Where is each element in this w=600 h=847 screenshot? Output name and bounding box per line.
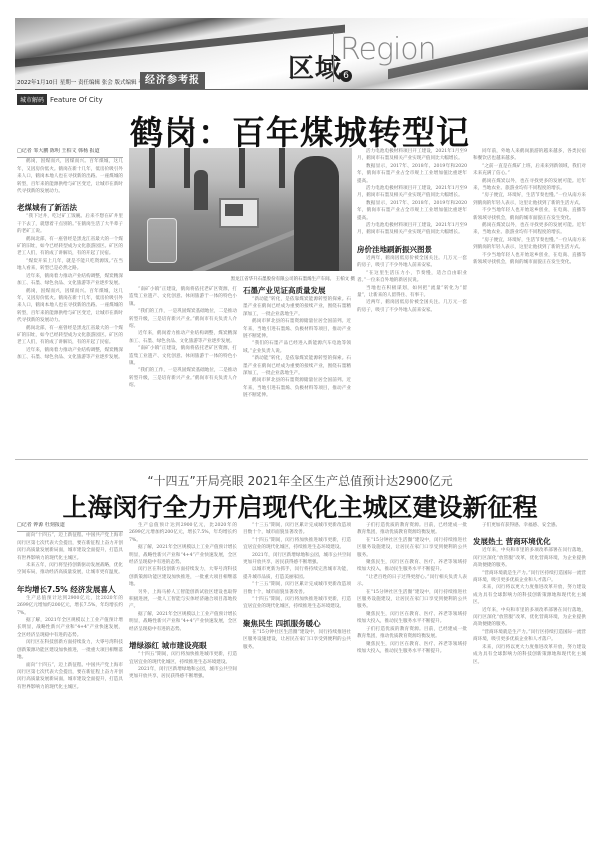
article-2-column-4: 子们打造优质的教育资源。目前，已经建成一批教育集团，推动优质教育资源均衡发展。 … bbox=[357, 522, 467, 847]
article-2-column-3: “十三五”期间，闵行区累计完成城市更新改造项目数十个，城市面貌显著改善。 “十四… bbox=[243, 522, 351, 847]
article-2-subhead-2: 增绿添红 城市建设亮眼 bbox=[129, 641, 237, 651]
paper-logo: 经济参考报 bbox=[140, 72, 205, 89]
dateline: 2022年1月10日 星期一 责任编辑 张会 版式编辑 李宏江 bbox=[17, 78, 155, 86]
paragraph: 生产总值预计达到2900亿元，比2020年的2699亿元增加约200亿元，增长7… bbox=[17, 595, 123, 617]
photo-caption: 黑龙江省华升石墨股份有限公司的石墨烯生产车间。 王柏文 摄 bbox=[150, 276, 355, 282]
paragraph: 近两年，鹤岗因低房价被全国关注。几万元一套的房子，吸引了不少外地人前来安家。 bbox=[357, 299, 467, 314]
paragraph: 近年来，鹤岗着力推动产业结构调整，煤炭精深加工、石墨、绿色食品、文化旅游等产业逐… bbox=[129, 330, 237, 345]
paragraph: 鹤岗市萝北县的石墨资源储量位居全国前列。近年来，当地引进石墨烯、负极材料等项目，… bbox=[243, 377, 351, 399]
article-1-column-3: 石墨产业见证高质量发展 “新动能”转化，是依靠煤炭能源转型的探索。石墨产业在鹤岗… bbox=[243, 286, 351, 448]
article-1-column-2: “南矿小镇”正建设，鹤岗将依托老矿区资源，打造集工业遗产、文化创意、休闲旅游于一… bbox=[129, 286, 237, 448]
article-1-byline: □记者 邹大鹏 陈明 王柏文 韩杨 报道 bbox=[17, 148, 123, 158]
paragraph: “之前一直是在煤矿上班，后来来到新领域，我们对未来充满了信心。” bbox=[473, 163, 586, 178]
paragraph: 在“15分钟社区生活圈”建设中，闵行持续推进社区服务设施建设，让居民在家门口享受… bbox=[357, 537, 467, 559]
column-tag: 城市解码 Feature Of City bbox=[17, 94, 103, 105]
paragraph: 未来，闵行将以更大力度推进改革开放，努力建设成为具有全球影响力的科技创新策源地和… bbox=[473, 644, 586, 666]
paragraph: 在“15分钟社区生活圈”建设中，闵行持续推进社区服务设施建设，让居民在家门口享受… bbox=[243, 629, 351, 651]
article-2-subhead-3: 聚焦民生 四抓服务暖心 bbox=[243, 619, 351, 629]
article-1-subhead-1: 老煤城有了新活法 bbox=[17, 203, 123, 213]
paragraph: “十四五”期间，闵行将加快推进城市更新，打造宜居宜业的现代化城区，持续推进生态环… bbox=[243, 537, 351, 552]
article-1-column-4: 活力电池电极材料项目开工建设，2021年1月至9月，鹤岗市石墨及相关产业实现产值… bbox=[357, 148, 467, 448]
article-1-subhead-2: 石墨产业见证高质量发展 bbox=[243, 286, 351, 296]
paragraph: “我们的石墨产品已经进入新能源汽车电池等领域。”企业负责人说。 bbox=[243, 340, 351, 355]
paragraph: “十三五”期间，闵行区累计完成城市更新改造项目数十个，城市面貌显著改善。 bbox=[243, 522, 351, 537]
paragraph: “十三五”期间，闵行区累计完成城市更新改造项目数十个，城市面貌显著改善。 bbox=[243, 581, 351, 596]
article-2-subhead-4: 发展热土 营商环境优化 bbox=[473, 537, 586, 547]
masthead-banner: 区域 Region 6 2022年1月10日 星期一 责任编辑 张会 版式编辑 … bbox=[15, 18, 588, 90]
paragraph: 面向“十四五”，迈上新征程。中国共产党上海市闵行区第七次代表大会提出，要在新征程… bbox=[17, 532, 123, 562]
paragraph: 活力电池电极材料项目开工建设，2021年1月至9月，鹤岗市石墨及相关产业实现产值… bbox=[357, 185, 467, 200]
paragraph: 闵行区在科技创新方面持续发力，大零号湾科技创新策源功能区建设加快推进，一批重大项… bbox=[17, 639, 123, 661]
paragraph: “营商环境就是生产力。”闵行区持续打造国际一流营商环境，吸引更多优质企业和人才落… bbox=[473, 629, 586, 644]
paragraph: 近年来，中央和市里的多项改革部署在闵行落地，闵行区深化“放管服”改革，优化营商环… bbox=[473, 607, 586, 629]
article-1-column-1: □记者 邹大鹏 陈明 王柏文 韩杨 报道 鹤岗，因煤而兴，因煤而兴。百年煤城，这… bbox=[17, 148, 123, 448]
paragraph: “房子便宜，环境好，生活节奏也慢。”一位从南方来到鹤岗的年轻人表示，这里让他找到… bbox=[473, 237, 586, 252]
paragraph: 鹤岗在煤炭以外，也在寻找更多的发展可能。近年来，当地农业、旅游业均有不同程度的增… bbox=[473, 178, 586, 193]
paragraph: 活力电池电极材料项目开工建设，2021年1月至9月，鹤岗市石墨及相关产业实现产值… bbox=[357, 222, 467, 237]
article-1-photo bbox=[129, 148, 352, 271]
paragraph: 近年来，鹤岗着力推动产业结构调整，煤炭精深加工、石墨、绿色食品、文化旅游等产业逐… bbox=[17, 273, 123, 288]
paragraph: 据了解，2021年全区规模以上工业产值预计增长明显，战略性新兴产业和“4+4”产… bbox=[17, 617, 123, 639]
article-1-column-5: 同年前，外地人来鹤岗旅游的越来越多，各类民宿和餐饮店也越来越多。 “之前一直是在… bbox=[473, 148, 586, 448]
photo-detail bbox=[149, 148, 155, 188]
paragraph: 据了解，2021年全区规模以上工业产值预计增长明显，战略性新兴产业和“4+4”产… bbox=[129, 544, 237, 566]
paragraph: “南矿小镇”正建设，鹤岗将依托老矿区资源，打造集工业遗产、文化创意、休闲旅游于一… bbox=[129, 345, 237, 367]
paragraph: 生产总值预计达到2900亿元，比2020年的2699亿元增加约200亿元，增长7… bbox=[129, 522, 237, 544]
paragraph: 以城市更新为抓手，闵行将持续完善城市功能，提升城市品质，打造美丽家园。 bbox=[243, 566, 351, 581]
photo-detail bbox=[184, 148, 190, 188]
paragraph: 2021年，闵行区新增绿地和公园，城市公共空间更加开放共享，居民获得感不断增强。 bbox=[243, 552, 351, 567]
photo-detail bbox=[294, 156, 339, 271]
paragraph: “新动能”转化，是依靠煤炭能源转型的探索。石墨产业在鹤岗已经成为重要的接续产业，… bbox=[243, 296, 351, 318]
paragraph: 不少当地年轻人也开始返乡创业，在电商、直播等新领域寻找机会，鹤岗的城市面貌正在发… bbox=[473, 207, 586, 222]
paragraph: “我们的工作，一是巩固煤炭基础地位，二是推动转型升级，三是培育新兴产业。”鹤岗市… bbox=[129, 367, 237, 389]
photo-detail bbox=[279, 148, 285, 188]
paragraph: 不少当地年轻人也开始返乡创业，在电商、直播等新领域寻找机会，鹤岗的城市面貌正在发… bbox=[473, 252, 586, 267]
paragraph: “房子便宜，环境好，生活节奏也慢。”一位从南方来到鹤岗的年轻人表示，这里让他找到… bbox=[473, 192, 586, 207]
paragraph: 子们打造优质的教育资源。目前，已经建成一批教育集团，推动优质教育资源均衡发展。 bbox=[357, 626, 467, 641]
article-1-subhead-3: 房价洼地刷新振兴图景 bbox=[357, 245, 467, 255]
paragraph: 数据显示，2017年、2018年、2019年和2020年，鹤岗市石墨产业占全市规… bbox=[357, 200, 467, 222]
column-tag-en: Feature Of City bbox=[50, 96, 103, 104]
paragraph: 未来，闵行将以更大力度推进改革开放，努力建设成为具有全球影响力的科技创新策源地和… bbox=[473, 584, 586, 606]
paragraph: 近年来，鹤岗着力推动产业结构调整，煤炭精深加工、石墨、绿色食品、文化旅游等产业逐… bbox=[17, 347, 123, 362]
masthead-divider bbox=[333, 32, 334, 82]
article-2-byline: □记者 钟源 杜刻报道 bbox=[17, 522, 123, 532]
paragraph: 同年前，外地人来鹤岗旅游的越来越多，各类民宿和餐饮店也越来越多。 bbox=[473, 148, 586, 163]
paragraph: “新动能”转化，是依靠煤炭能源转型的探索。石墨产业在鹤岗已经成为重要的接续产业，… bbox=[243, 355, 351, 377]
paragraph: 鹤岗，因煤而兴，因煤而兴。百年煤城，这几年，又因房价低火。鹤岗在新十几年，低房价… bbox=[17, 158, 123, 195]
paragraph: “十四五”期间，闵行将加快推进城市更新，打造宜居宜业的现代化城区，持续推进生态环… bbox=[243, 596, 351, 611]
article-2-column-2: 生产总值预计达到2900亿元，比2020年的2699亿元增加约200亿元，增长7… bbox=[129, 522, 237, 847]
paragraph: “我们的工作，一是巩固煤炭基础地位，二是推动转型升级，三是培育新兴产业。”鹤岗市… bbox=[129, 308, 237, 330]
paragraph: 聚焦民生，闵行区在教育、医疗、养老等领域持续加大投入，推动民生服务水平不断提升。 bbox=[357, 641, 467, 656]
paragraph: 鹤岗，因煤而兴，因煤而兴。百年煤城，这几年，又因房价低火。鹤岗在新十几年，低房价… bbox=[17, 288, 123, 325]
paragraph: 聚焦民生，闵行区在教育、医疗、养老等领域持续加大投入，推动民生服务水平不断提升。 bbox=[357, 559, 467, 574]
paragraph: 子们更加有获得感、幸福感、安全感。 bbox=[473, 522, 586, 529]
paragraph: 数据显示，2017年、2018年、2019年和2020年，鹤岗市石墨产业占全市规… bbox=[357, 163, 467, 185]
paragraph: 2021年，闵行区新增绿地和公园，城市公共空间更加开放共享，居民获得感不断增强。 bbox=[129, 666, 237, 681]
paragraph: 当地也在积极谋划，如何把“流量”转化为“留量”，让新来的人留得住、有事干。 bbox=[357, 285, 467, 300]
paragraph: 面向“十四五”，迈上新征程。中国共产党上海市闵行区第七次代表大会提出，要在新征程… bbox=[17, 662, 123, 692]
photo-detail bbox=[225, 204, 243, 216]
paragraph: 闵行区在科技创新方面持续发力，大零号湾科技创新策源功能区建设加快推进，一批重大项… bbox=[129, 566, 237, 588]
article-2-headline: 上海闵行全力开启现代化主城区建设新征程 bbox=[0, 488, 600, 524]
paragraph: 聚焦民生，闵行区在教育、医疗、养老等领域持续加大投入，推动民生服务水平不断提升。 bbox=[357, 611, 467, 626]
paragraph: 据了解，2021年全区规模以上工业产值预计增长明显，战略性新兴产业和“4+4”产… bbox=[129, 611, 237, 633]
photo-detail bbox=[194, 170, 208, 210]
article-2-subhead-1: 年均增长7.5% 经济发展喜人 bbox=[17, 585, 123, 595]
page-number: 6 bbox=[340, 70, 352, 82]
photo-detail bbox=[239, 148, 245, 188]
paragraph: 鹤岗北部，有一座曾经是黑龙江省最大的一个煤矿的旧址，如今已经转型成为文化旅游园区… bbox=[17, 325, 123, 347]
paragraph: “营商环境就是生产力。”闵行区持续打造国际一流营商环境，吸引更多优质企业和人才落… bbox=[473, 570, 586, 585]
article-2-kicker: “十四五”开局亮眼 2021年全区生产总值预计达2900亿元 bbox=[0, 472, 600, 489]
paragraph: 近年来，中央和市里的多项改革部署在闵行落地，闵行区深化“放管服”改革，优化营商环… bbox=[473, 547, 586, 569]
column-tag-cn: 城市解码 bbox=[17, 94, 47, 105]
article-divider bbox=[15, 459, 588, 460]
paragraph: “煤炭开采上几年，就是不能只吃资源饭。”在当地人看来，转型已是必然之路。 bbox=[17, 258, 123, 273]
paragraph: “十四五”期间，闵行将加快推进城市更新，打造宜居宜业的现代化城区，持续推进生态环… bbox=[129, 651, 237, 666]
paragraph: “南矿小镇”正建设，鹤岗将依托老矿区资源，打造集工业遗产、文化创意、休闲旅游于一… bbox=[129, 286, 237, 308]
paragraph: 鹤岗市萝北县的石墨资源储量位居全国前列。近年来，当地引进石墨烯、负极材料等项目，… bbox=[243, 318, 351, 340]
article-2-column-1: □记者 钟源 杜刻报道 面向“十四五”，迈上新征程。中国共产党上海市闵行区第七次… bbox=[17, 522, 123, 847]
paragraph: “让老百姓的日子过得更舒心。”闵行相关负责人表示。 bbox=[357, 574, 467, 589]
paragraph: 在“15分钟社区生活圈”建设中，闵行持续推进社区服务设施建设，让居民在家门口享受… bbox=[357, 589, 467, 611]
section-title-en: Region bbox=[340, 32, 436, 67]
paragraph: “我下过井，吃过矿工饭碗。后来不想在矿井里干下去了，就想着干点别的。”在鹤岗生活… bbox=[17, 213, 123, 235]
photo-detail bbox=[192, 226, 305, 271]
paragraph: 鹤岗在煤炭以外，也在寻找更多的发展可能。近年来，当地农业、旅游业均有不同程度的增… bbox=[473, 222, 586, 237]
article-1-headline: 鹤岗：百年煤城转型记 bbox=[0, 107, 600, 154]
paragraph: 近两年，鹤岗因低房价被全国关注。几万元一套的房子，吸引了不少外地人前来安家。 bbox=[357, 255, 467, 270]
paragraph: 未来五年，闵行将坚持创新驱动发展战略，优化空间布局，推动经济高质量发展，让城市更… bbox=[17, 562, 123, 577]
paragraph: “在这里生活压力小，节奏慢，适合自由职业者。”一位来自外地的新居民说。 bbox=[357, 270, 467, 285]
article-2-column-5: 子们更加有获得感、幸福感、安全感。 发展热土 营商环境优化 近年来，中央和市里的… bbox=[473, 522, 586, 812]
photo-detail bbox=[147, 218, 177, 263]
paragraph: 另外，上海马桥人工智能创新试验区建设也取得积极进展，一批人工智能与实体经济融合项… bbox=[129, 589, 237, 611]
paragraph: 活力电池电极材料项目开工建设，2021年1月至9月，鹤岗市石墨及相关产业实现产值… bbox=[357, 148, 467, 163]
paragraph: 鹤岗北部，有一座曾经是黑龙江省最大的一个煤矿的旧址，如今已经转型成为文化旅游园区… bbox=[17, 236, 123, 258]
paragraph: 子们打造优质的教育资源。目前，已经建成一批教育集团，推动优质教育资源均衡发展。 bbox=[357, 522, 467, 537]
